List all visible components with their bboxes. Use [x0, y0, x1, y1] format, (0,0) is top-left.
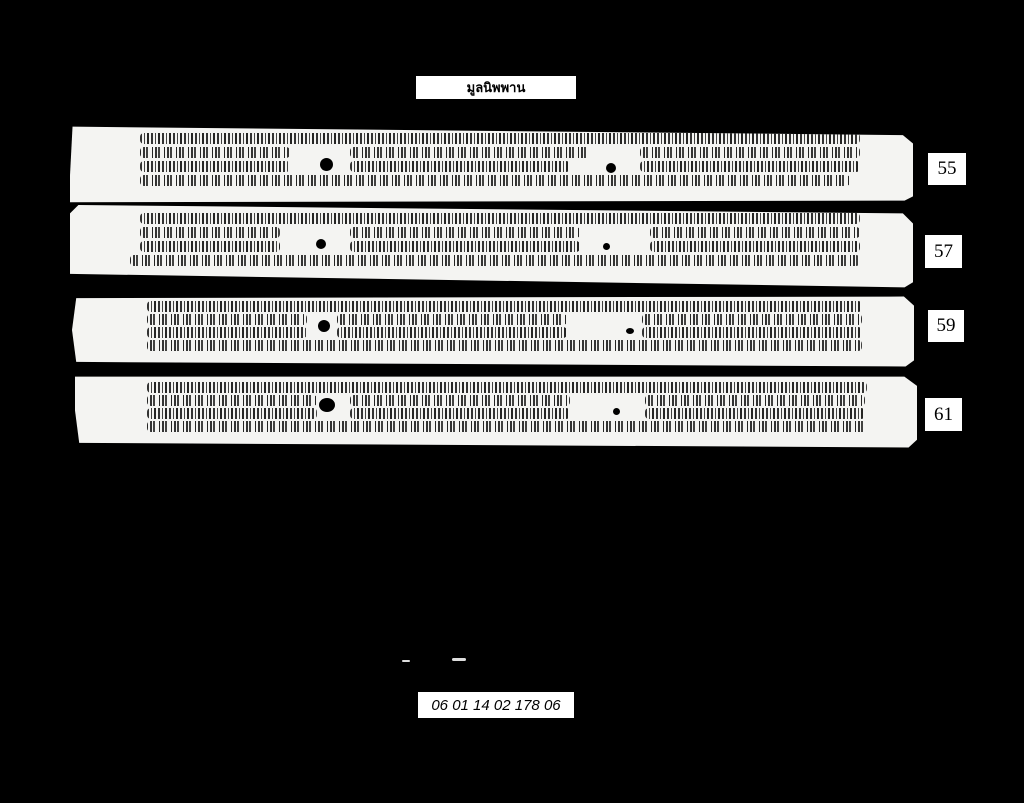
- page-number-label: 57: [925, 235, 962, 268]
- dust-speck: [452, 658, 466, 661]
- binding-hole: [316, 239, 326, 249]
- palm-leaf-page-61: [75, 372, 917, 449]
- page-number-label: 59: [928, 310, 964, 342]
- binding-hole: [613, 408, 620, 415]
- dust-speck: [402, 660, 410, 662]
- binding-hole: [606, 163, 616, 173]
- binding-hole: [318, 320, 330, 332]
- manuscript-title-label: มูลนิพพาน: [416, 76, 576, 99]
- page-number-label: 55: [928, 153, 966, 185]
- binding-hole: [603, 243, 610, 250]
- leaf-script-text: [70, 125, 913, 209]
- palm-leaf-page-57: [70, 205, 913, 289]
- leaf-script-text: [70, 205, 913, 289]
- page-number-label: 61: [925, 398, 962, 431]
- palm-leaf-page-59: [72, 292, 914, 368]
- archive-id-label: 06 01 14 02 178 06: [418, 692, 574, 718]
- leaf-script-text: [75, 372, 917, 449]
- binding-hole: [626, 328, 634, 334]
- binding-hole: [320, 158, 333, 171]
- binding-hole: [319, 398, 335, 412]
- palm-leaf-page-55: [70, 125, 913, 209]
- leaf-script-text: [72, 292, 914, 368]
